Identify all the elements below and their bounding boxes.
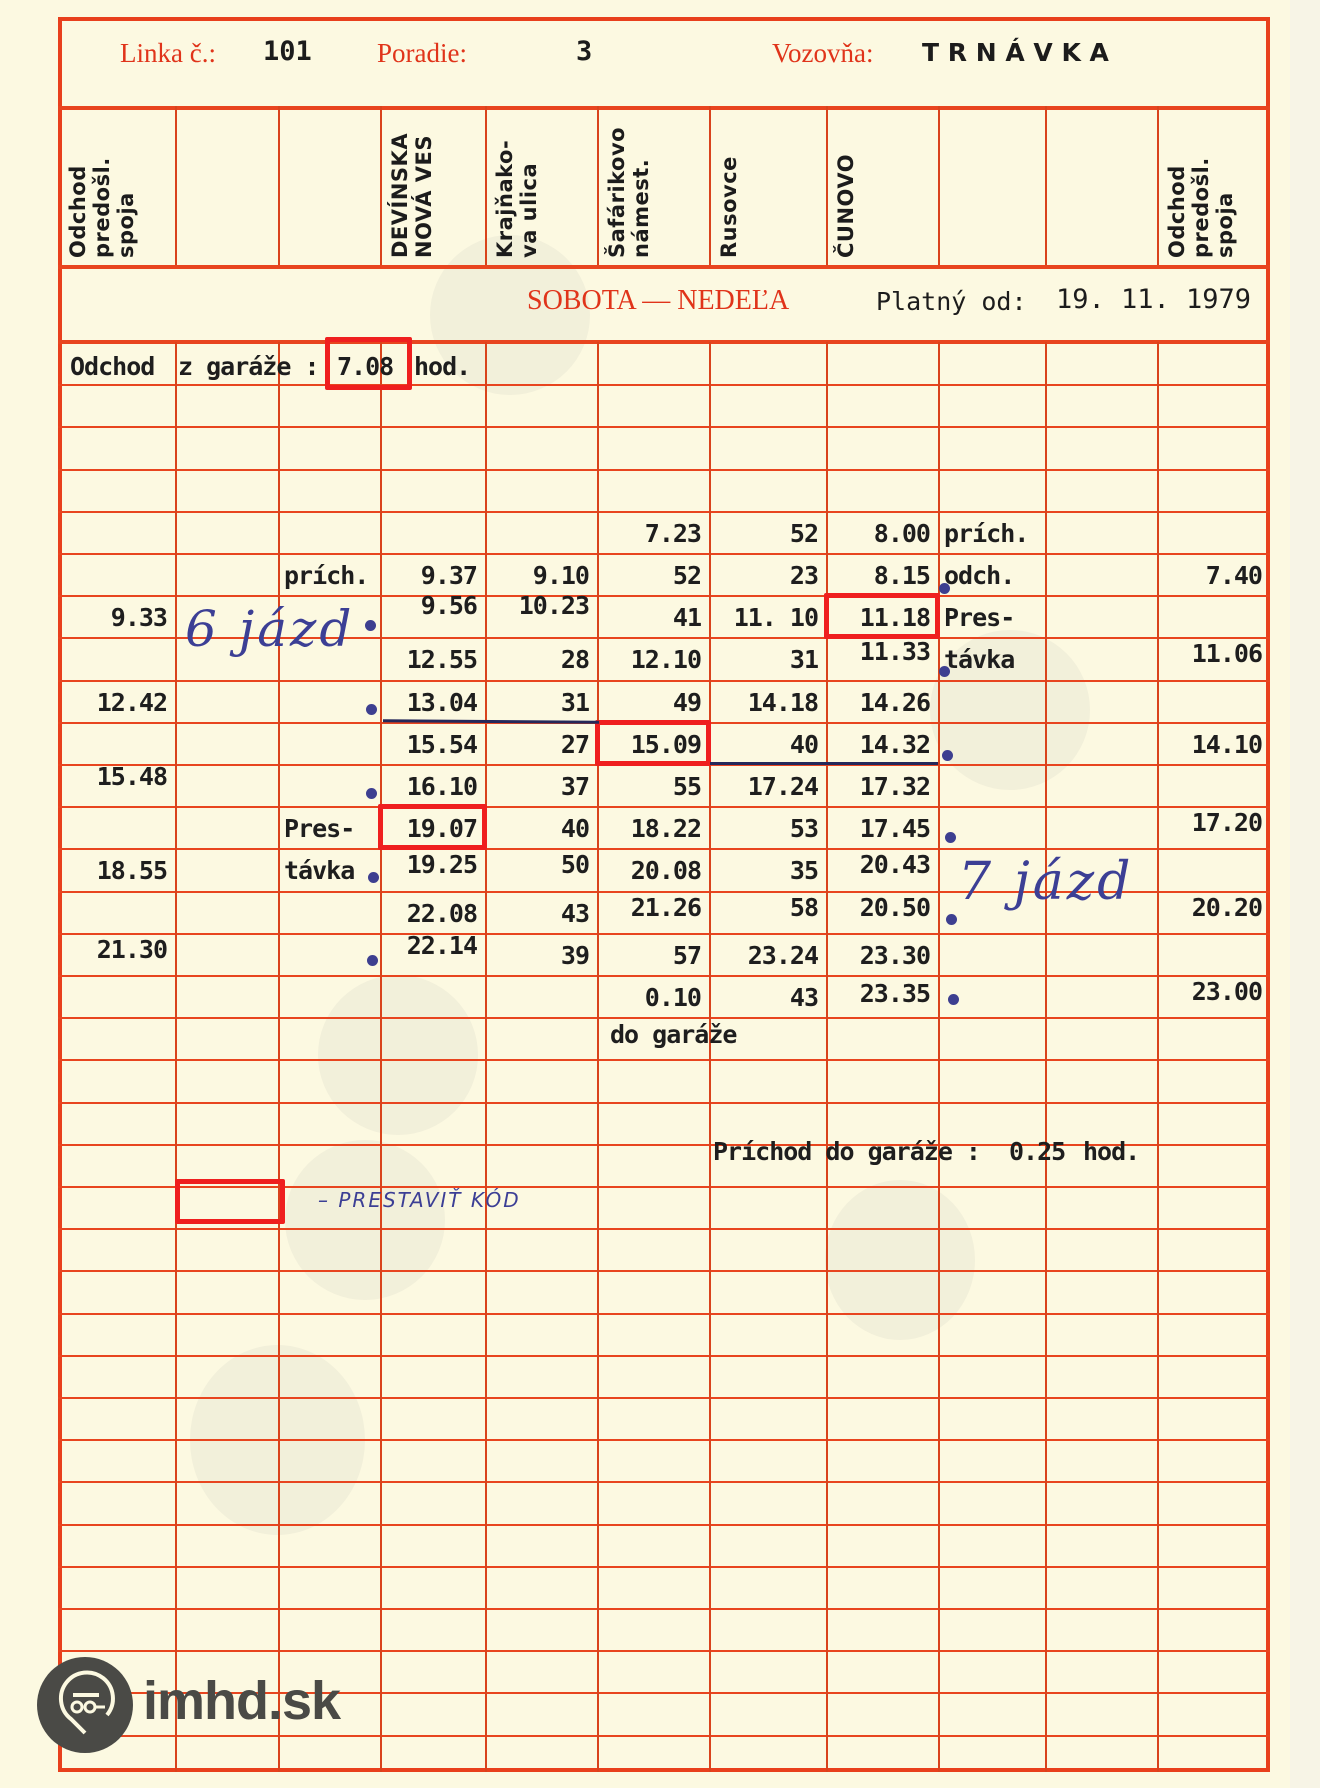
timetable-cell: 17.45 (832, 814, 930, 844)
handwritten-legend-note: – PRESTAVIŤ KÓD (318, 1188, 521, 1212)
grid-row-line (58, 1355, 1270, 1357)
timetable-cell: 19.25 (386, 850, 477, 880)
timetable-cell: 57 (603, 941, 701, 971)
timetable-cell: 21.26 (603, 893, 701, 923)
timetable-cell: 12.10 (603, 645, 701, 675)
timetable-card: Linka č.: 101 Poradie: 3 Vozovňa: T R N … (0, 0, 1290, 1788)
grid-row-line (58, 553, 1270, 555)
timetable-cell: 20.43 (832, 850, 930, 880)
timetable-cell: 15.48 (64, 762, 167, 792)
timetable-cell: 9.33 (64, 603, 167, 633)
legend-highlight (175, 1179, 285, 1224)
handwritten-trips-second: 7 jázd (958, 852, 1133, 912)
ink-dot (939, 583, 950, 594)
timetable-cell: 17.32 (832, 772, 930, 802)
grid-row-line (58, 1059, 1270, 1061)
grid-column-line (597, 106, 599, 265)
grid-row-line (58, 595, 1270, 597)
timetable-cell: 12.55 (386, 645, 477, 675)
timetable-cell: 14.32 (832, 730, 930, 760)
garage-departure-label: Odchod (70, 352, 154, 382)
grid-column-line (175, 106, 177, 265)
ink-dot (366, 704, 377, 715)
grid-row-line (58, 1017, 1270, 1019)
timetable-cell: 17.20 (1163, 808, 1262, 838)
timetable-cell: 41 (603, 603, 701, 633)
grid-column-line (1045, 106, 1047, 265)
timetable-cell: 13.04 (386, 688, 477, 718)
timetable-cell: 15.54 (386, 730, 477, 760)
ink-dot (367, 955, 378, 966)
column-header-5: Šafárikovo námest. (605, 113, 653, 258)
timetable-cell: Pres- (284, 814, 372, 844)
garage-departure-unit: hod. (414, 352, 470, 382)
timetable-cell: 14.10 (1163, 730, 1262, 760)
timetable-cell: 23.35 (832, 979, 930, 1009)
timetable-cell: 55 (603, 772, 701, 802)
cunovo-1118-highlight (824, 593, 940, 639)
grid-row-line (58, 1439, 1270, 1441)
timetable-cell: 7.23 (603, 519, 701, 549)
timetable-cell: 9.56 (386, 591, 477, 621)
grid-column-line (709, 106, 711, 265)
timetable-cell: 20.50 (832, 893, 930, 923)
timetable-cell: 49 (603, 688, 701, 718)
timetable-cell: 11.33 (832, 637, 930, 667)
timetable-cell: 8.00 (832, 519, 930, 549)
service-days: SOBOTA — NEDEĽA (527, 285, 789, 317)
grid-row-line (58, 1608, 1270, 1610)
grid-column-line (1157, 106, 1159, 265)
timetable-cell: 14.18 (715, 688, 818, 718)
grid-row-line (58, 265, 1270, 269)
timetable-cell: 58 (715, 893, 818, 923)
timetable-cell: 37 (491, 772, 589, 802)
timetable-cell: 53 (715, 814, 818, 844)
grid-row-line (58, 1566, 1270, 1568)
timetable-cell: 18.22 (603, 814, 701, 844)
grid-column-line (485, 342, 487, 1772)
timetable-cell: 12.42 (64, 688, 167, 718)
grid-column-line (1157, 342, 1159, 1772)
imhd-brand-text: imhd.sk (143, 1670, 340, 1732)
ink-dot (942, 750, 953, 761)
timetable-cell: 23.24 (715, 941, 818, 971)
ink-dot (365, 620, 376, 631)
imhd-logo-icon (37, 1657, 133, 1753)
timetable-cell: 14.26 (832, 688, 930, 718)
grid-column-line (380, 106, 382, 265)
timetable-cell: 35 (715, 856, 818, 886)
depot-name: T R N Á V K A (922, 38, 1109, 67)
to-garage-label: do garáže (610, 1020, 736, 1050)
grid-column-line (826, 106, 828, 265)
timetable-cell: 20.08 (603, 856, 701, 886)
column-header-0: Odchod predošl. spoja (66, 113, 138, 258)
timetable-cell: 40 (491, 814, 589, 844)
depot-label: Vozovňa: (772, 38, 874, 69)
grid-column-line (485, 106, 487, 265)
grid-row-line (58, 1102, 1270, 1104)
timetable-cell: 8.15 (832, 561, 930, 591)
column-header-7: ČUNOVO (834, 113, 858, 258)
ink-dot (939, 666, 950, 677)
grid-column-line (380, 342, 382, 1772)
grid-row-line (58, 1524, 1270, 1526)
timetable-cell: 31 (491, 688, 589, 718)
grid-row-line (58, 1481, 1270, 1483)
timetable-cell: 18.55 (64, 856, 167, 886)
timetable-cell: 39 (491, 941, 589, 971)
grid-row-line (58, 340, 1270, 344)
timetable-cell: 50 (491, 850, 589, 880)
grid-column-line (278, 106, 280, 265)
timetable-cell: 43 (491, 899, 589, 929)
timetable-cell: odch. (944, 561, 1037, 591)
grid-column-line (709, 342, 711, 1772)
grid-row-line (58, 1735, 1270, 1737)
grid-row-line (58, 469, 1270, 471)
timetable-cell: 52 (603, 561, 701, 591)
timetable-cell: 10.23 (491, 591, 589, 621)
column-header-10: Odchod predošl. spoja (1165, 113, 1237, 258)
grid-row-line (58, 1397, 1270, 1399)
valid-from-label: Platný od: (876, 287, 1027, 316)
timetable-cell: 20.20 (1163, 893, 1262, 923)
grid-column-line (938, 342, 940, 1772)
timetable-cell: 21.30 (64, 935, 167, 965)
garage-arrival-time: 0.25 (1009, 1137, 1065, 1167)
timetable-cell: 23 (715, 561, 818, 591)
valid-from-date: 19. 11. 1979 (1056, 284, 1251, 315)
safarikovo-1509-highlight (595, 720, 711, 766)
order-label: Poradie: (377, 38, 467, 69)
timetable-cell: 9.37 (386, 561, 477, 591)
timetable-cell: 52 (715, 519, 818, 549)
grid-column-line (278, 342, 280, 1772)
ink-dot (946, 914, 957, 925)
timetable-cell: 17.24 (715, 772, 818, 802)
grid-column-line (175, 342, 177, 1772)
timetable-cell: 11. 10 (715, 603, 818, 633)
garage-arrival-label: Príchod do garáže : (713, 1137, 980, 1167)
pen-underline-2 (710, 762, 938, 765)
timetable-cell: 22.08 (386, 899, 477, 929)
ink-dot (368, 872, 379, 883)
grid-column-line (826, 342, 828, 1772)
grid-row-line (58, 1650, 1270, 1652)
grid-row-line (58, 511, 1270, 513)
timetable-cell: 28 (491, 645, 589, 675)
grid-row-line (58, 106, 1270, 110)
grid-row-line (58, 848, 1270, 850)
garage-arrival-unit: hod. (1083, 1137, 1139, 1167)
grid-row-line (58, 933, 1270, 935)
ink-dot (948, 994, 959, 1005)
grid-row-line (58, 806, 1270, 808)
column-header-4: Krajňako- va ulica (493, 113, 541, 258)
timetable-cell: távka (944, 645, 1037, 675)
column-header-6: Rusovce (717, 113, 741, 258)
timetable-cell: prích. (284, 561, 372, 591)
timetable-cell: 16.10 (386, 772, 477, 802)
timetable-cell: 31 (715, 645, 818, 675)
timetable-cell: 40 (715, 730, 818, 760)
grid-row-line (58, 975, 1270, 977)
grid-row-line (58, 1270, 1270, 1272)
grid-row-line (58, 1228, 1270, 1230)
timetable-cell: prích. (944, 519, 1037, 549)
devinska-1907-highlight (378, 804, 487, 850)
line-number: 101 (263, 36, 312, 67)
grid-row-line (58, 1313, 1270, 1315)
handwritten-trips-first: 6 jázd (185, 600, 354, 658)
grid-column-line (1045, 342, 1047, 1772)
ink-dot (366, 788, 377, 799)
timetable-cell: 27 (491, 730, 589, 760)
timetable-cell: 11.06 (1163, 639, 1262, 669)
order-number: 3 (576, 36, 592, 67)
timetable-cell: 23.00 (1163, 977, 1262, 1007)
line-label: Linka č.: (120, 38, 216, 69)
grid-row-line (58, 384, 1270, 386)
timetable-cell: 22.14 (386, 931, 477, 961)
timetable-cell: 9.10 (491, 561, 589, 591)
garage-departure-label-2: z garáže : (178, 352, 319, 382)
grid-row-line (58, 680, 1270, 682)
grid-column-line (938, 106, 940, 265)
timetable-cell: Pres- (944, 603, 1037, 633)
garage-departure-highlight (325, 337, 412, 390)
column-header-3: DEVÍNSKA NOVÁ VES (388, 113, 436, 258)
ink-dot (945, 832, 956, 843)
timetable-cell: 23.30 (832, 941, 930, 971)
timetable-cell: 43 (715, 983, 818, 1013)
timetable-cell: 7.40 (1163, 561, 1262, 591)
grid-column-line (597, 342, 599, 1772)
timetable-cell: 0.10 (603, 983, 701, 1013)
grid-row-line (58, 426, 1270, 428)
timetable-cell: távka (284, 856, 372, 886)
